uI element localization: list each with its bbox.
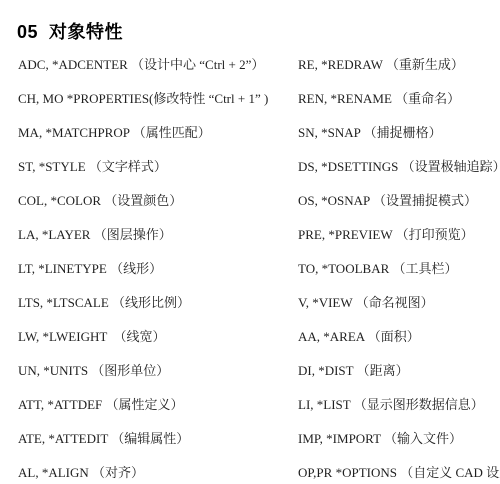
shortcut-item-area: AA, *AREA （面积）: [298, 318, 500, 352]
shortcut-item-ltscale: LTS, *LTSCALE （线形比例）: [18, 284, 268, 318]
shortcut-item-linetype: LT, *LINETYPE （线形）: [18, 250, 268, 284]
shortcut-item-adcenter: ADC, *ADCENTER （设计中心 “Ctrl + 2”）: [18, 46, 268, 80]
shortcut-item-properties: CH, MO *PROPERTIES(修改特性 “Ctrl + 1” ): [18, 80, 268, 114]
shortcut-item-matchprop: MA, *MATCHPROP （属性匹配）: [18, 114, 268, 148]
shortcut-item-redraw: RE, *REDRAW （重新生成）: [298, 46, 500, 80]
shortcut-item-units: UN, *UNITS （图形单位）: [18, 352, 268, 386]
shortcut-reference-page: 05 对象特性 ADC, *ADCENTER （设计中心 “Ctrl + 2”）…: [0, 0, 500, 484]
shortcut-item-osnap: OS, *OSNAP （设置捕捉模式）: [298, 182, 500, 216]
shortcut-item-attedit: ATE, *ATTEDIT （编辑属性）: [18, 420, 268, 454]
shortcut-column-left: ADC, *ADCENTER （设计中心 “Ctrl + 2”） CH, MO …: [18, 46, 268, 484]
shortcut-item-lweight: LW, *LWEIGHT （线宽）: [18, 318, 268, 352]
shortcut-item-rename: REN, *RENAME （重命名）: [298, 80, 500, 114]
shortcut-item-color: COL, *COLOR （设置颜色）: [18, 182, 268, 216]
shortcut-item-preview: PRE, *PREVIEW （打印预览）: [298, 216, 500, 250]
shortcut-item-align: AL, *ALIGN （对齐）: [18, 454, 268, 484]
shortcut-item-snap: SN, *SNAP （捕捉栅格）: [298, 114, 500, 148]
shortcut-item-dsettings: DS, *DSETTINGS （设置极轴追踪）: [298, 148, 500, 182]
shortcut-item-layer: LA, *LAYER （图层操作）: [18, 216, 268, 250]
shortcut-item-import: IMP, *IMPORT （输入文件）: [298, 420, 500, 454]
shortcut-item-style: ST, *STYLE （文字样式）: [18, 148, 268, 182]
shortcut-item-toolbar: TO, *TOOLBAR （工具栏）: [298, 250, 500, 284]
shortcut-column-right: RE, *REDRAW （重新生成） REN, *RENAME （重命名） SN…: [298, 46, 500, 484]
shortcut-item-attdef: ATT, *ATTDEF （属性定义）: [18, 386, 268, 420]
page-title: 05 对象特性: [17, 18, 123, 44]
shortcut-item-view: V, *VIEW （命名视图）: [298, 284, 500, 318]
shortcut-item-options: OP,PR *OPTIONS （自定义 CAD 设置）: [298, 454, 500, 484]
shortcut-item-list: LI, *LIST （显示图形数据信息）: [298, 386, 500, 420]
shortcut-item-dist: DI, *DIST （距离）: [298, 352, 500, 386]
